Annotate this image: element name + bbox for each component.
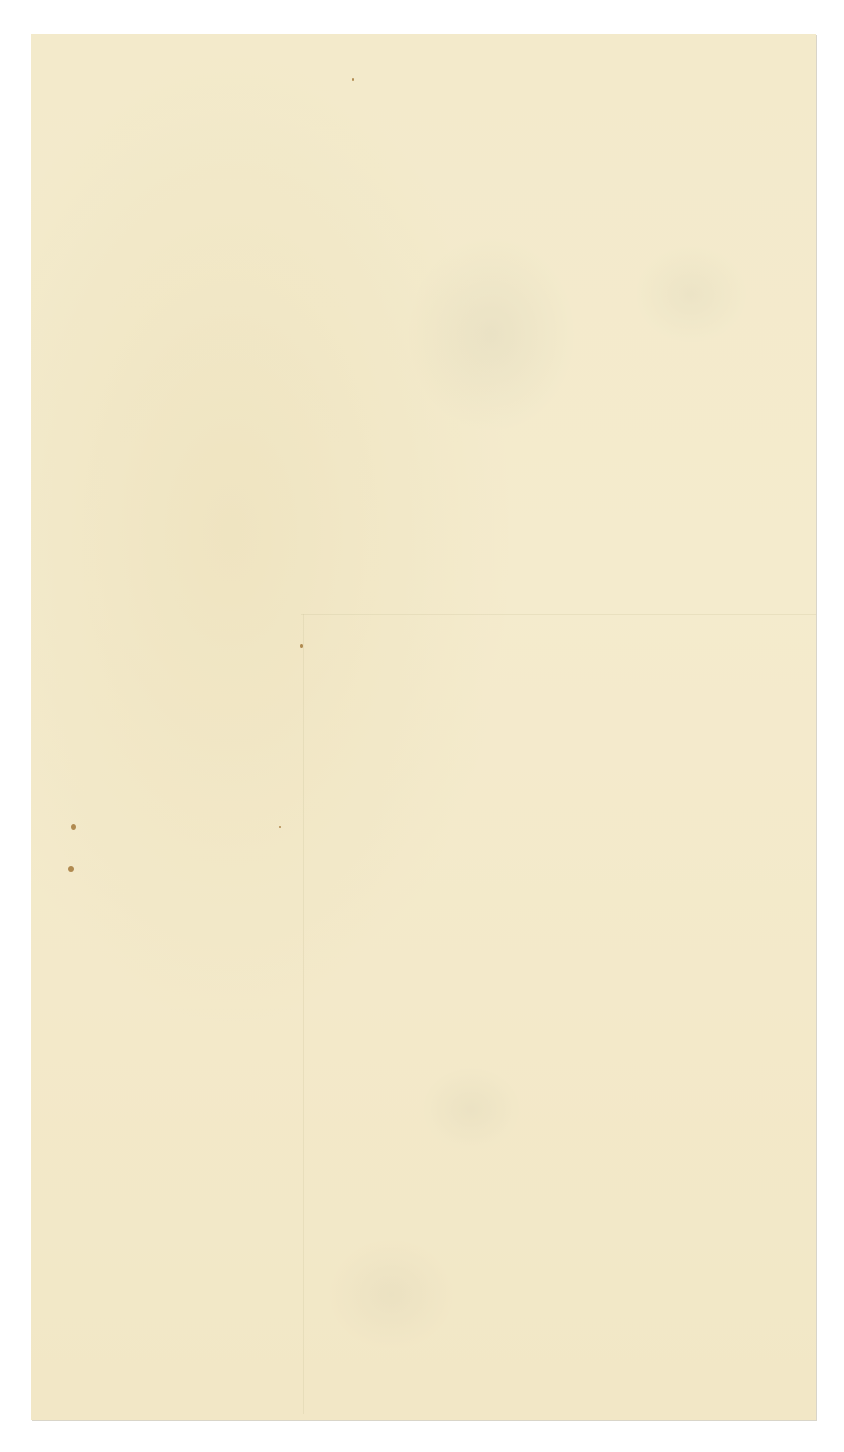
paper-fold-line-horizontal — [301, 614, 816, 615]
paper-speck — [352, 78, 354, 81]
paper-fold-line-vertical — [303, 614, 304, 1414]
paper-speck — [71, 824, 76, 830]
blank-paper-sheet — [31, 34, 816, 1420]
paper-speck — [68, 866, 74, 872]
paper-speck — [279, 826, 281, 828]
paper-speck — [300, 644, 303, 648]
